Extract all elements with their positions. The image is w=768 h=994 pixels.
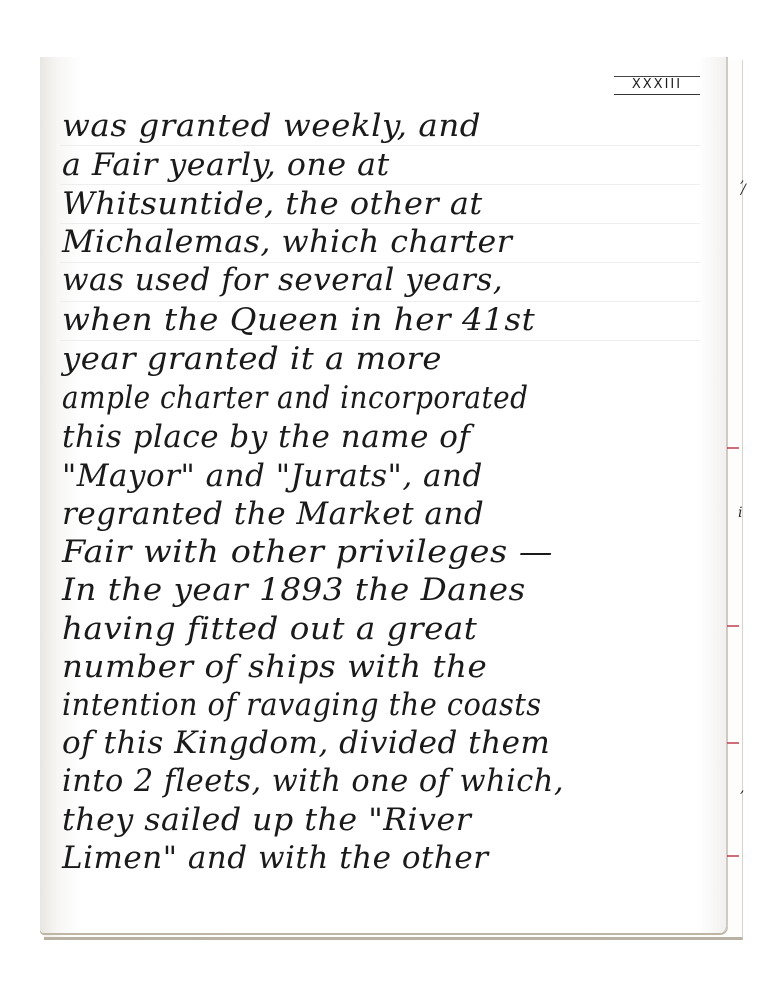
red-rule-mark	[727, 625, 739, 627]
text-line: "Mayor" and "Jurats", and	[62, 458, 483, 494]
margin-mark: i	[738, 505, 742, 521]
text-line: into 2 fleets, with one of which,	[62, 763, 564, 799]
text-line: of this Kingdom, divided them	[62, 725, 550, 761]
text-line: a Fair yearly, one at	[62, 147, 390, 183]
margin-mark: /	[741, 182, 746, 198]
text-line: year granted it a more	[62, 341, 442, 377]
ruled-line	[60, 184, 700, 185]
text-line: In the year 1893 the Danes	[62, 572, 526, 608]
text-line: number of ships with the	[62, 649, 487, 685]
text-line: was used for several years,	[62, 262, 503, 298]
text-line: regranted the Market and	[62, 496, 484, 532]
red-rule-mark	[727, 855, 739, 857]
text-line: they sailed up the "River	[62, 802, 471, 838]
text-line: intention of ravaging the coasts	[62, 687, 542, 723]
red-rule-mark	[727, 447, 739, 449]
margin-mark: ,	[740, 780, 744, 796]
text-line: was granted weekly, and	[62, 108, 481, 144]
page-number: XXXIII	[614, 76, 700, 95]
text-line: having fitted out a great	[62, 611, 477, 647]
ruled-line	[60, 145, 700, 146]
text-line: when the Queen in her 41st	[62, 302, 535, 338]
text-line: Limen" and with the other	[62, 840, 489, 876]
text-line: Whitsuntide, the other at	[62, 186, 483, 222]
text-line: Michalemas, which charter	[62, 224, 512, 260]
text-line: Fair with other privileges —	[62, 534, 553, 570]
text-line: this place by the name of	[62, 419, 470, 455]
red-rule-mark	[727, 742, 739, 744]
text-line: ample charter and incorporated	[62, 380, 528, 416]
